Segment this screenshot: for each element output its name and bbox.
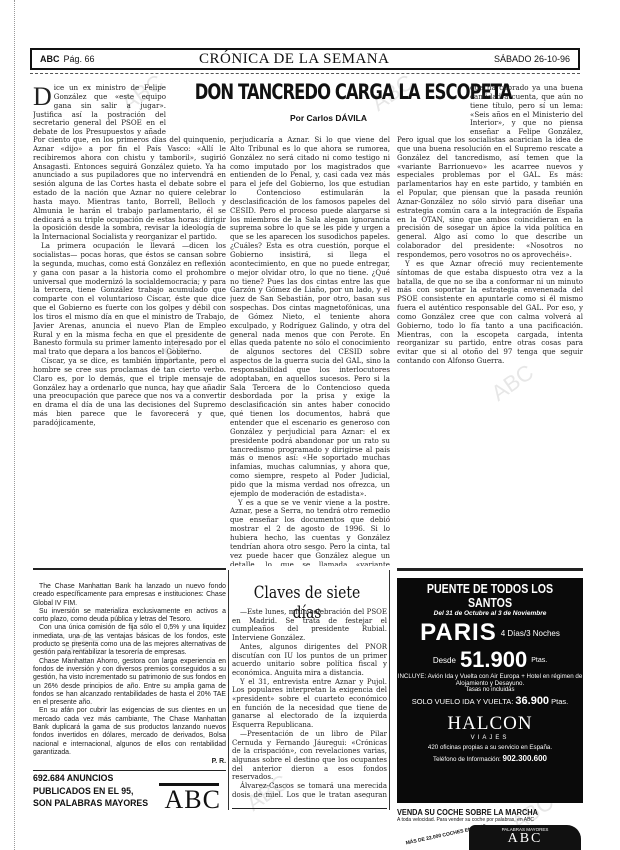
newspaper-page: ABC ABC ABC ABC ABC ABC ABC ABCPág. 66 C… [0,0,620,850]
car-illustration: PALABRAS MAYORES ABC [469,825,581,850]
ad-title: VENDA SU COCHE SOBRE LA MARCHA [397,808,568,817]
claves-column: —Este lunes, mitin-celebración del PSOE … [232,608,387,798]
article-column-2: perjudicaría a Aznar. Si lo que viene de… [230,136,390,566]
halcon-travel-ad: PUENTE DE TODOS LOS SANTOS Del 31 de Oct… [397,578,583,803]
article-lead: ice un ex ministro de Felipe González qu… [33,84,166,136]
chase-manhattan-note: The Chase Manhattan Bank ha lanzado un n… [33,583,226,767]
ad-title: PUENTE DE TODOS LOS SANTOS [411,582,569,610]
currency: Ptas. [551,697,568,706]
currency: Ptas. [531,657,547,664]
car-sales-ad: VENDA SU COCHE SOBRE LA MARCHA A toda ve… [397,808,583,848]
ad-offices: 420 oficinas propias a su servicio en Es… [397,744,583,752]
article-paragraph: Y es que Aznar ofreció muy recientemente… [397,260,583,366]
halcon-logo: HALCON [397,713,583,735]
ad-price: 51.900 [460,647,527,673]
ad-taxes: Tasas no incluidas [397,687,583,693]
note-paragraph: En su afán por cubrir las exigencias de … [33,707,226,757]
phone-number: 902.300.600 [503,754,548,763]
flight-only-label: SOLO VUELO IDA Y VUELTA: [412,697,514,706]
header-left: ABCPág. 66 [40,54,95,64]
claves-item: —Presentación de un libro de Pilar Cernu… [232,730,387,782]
section-title: CRÓNICA DE LA SEMANA [199,51,389,68]
section-rule [33,568,226,570]
ad-subtitle: A toda velocidad. Para vender su coche p… [397,817,583,823]
ad-duration: 4 Días/3 Noches [501,629,560,638]
issue-date: SÁBADO 26-10-96 [494,54,570,64]
article-paragraph: Pero igual que los socialistas acarician… [397,136,583,260]
abc-logo: ABC [165,787,221,813]
page-number: Pág. 66 [64,54,95,64]
ad-destination-row: PARIS 4 Días/3 Noches [397,619,583,647]
article-column-1-top: D ice un ex ministro de Felipe González … [33,84,166,136]
note-paragraph: Chase Manhattan Ahorro, gestora con larg… [33,658,226,708]
ad-price-row: Desde 51.900 Ptas. [397,647,583,673]
drop-cap: D [33,86,52,108]
abc-logo: ABC [469,832,581,846]
halcon-logo-sub: VIAJES [397,735,583,741]
claves-item: —Este lunes, mitin-celebración del PSOE … [232,608,387,643]
column-rule [389,570,390,810]
header-divider [30,73,580,74]
ad-includes: INCLUYE: Avión Ida y Vuelta con Air Euro… [397,673,583,687]
article-headline: DON TANCREDO CARGA LA ESCOPETA [195,80,371,104]
ad-rule [33,770,226,771]
article-paragraph: La primera ocupación le llevará —dicen l… [33,242,226,357]
note-paragraph: The Chase Manhattan Bank ha lanzado un n… [33,583,226,608]
article-paragraph: Y es a que se ve venir viene a la postre… [230,499,390,566]
article-column-3: Pero igual que los socialistas acarician… [397,136,583,566]
article-byline: Por Carlos DÁVILA [290,113,367,123]
article-paragraph: perjudicaría a Aznar. Si lo que viene de… [230,136,390,499]
paper-name: ABC [40,54,60,64]
claves-item: Y el 31, entrevista entre Aznar y Pujol.… [232,678,387,730]
article-paragraph: que ha cobrado ya una buena cantidad a c… [470,84,583,136]
claves-item: Antes, algunos dirigentes del PNOR discu… [232,643,387,678]
article-column-3-top: que ha cobrado ya una buena cantidad a c… [470,84,583,136]
phone-label: Teléfono de Información: [433,756,501,763]
ad-phone-row: Teléfono de Información: 902.300.600 [397,755,583,764]
section-rule [232,808,387,809]
column-rule [228,570,229,810]
claves-item: Álvarez-Cascos se tomará una merecida do… [232,782,387,798]
ad-dates: Del 31 de Octubre al 3 de Noviembre [397,610,583,617]
ad-flight-only: SOLO VUELO IDA Y VUELTA: 36.900 Ptas. [397,695,583,707]
article-paragraph: Císcar, ya se dice, es también important… [33,357,226,428]
article-paragraph: Por ciento que, en los primeros días del… [33,136,226,242]
note-paragraph: Con una única comisión de fija sólo el 0… [33,624,226,657]
abc-classifieds-ad: 692.684 ANUNCIOS PUBLICADOS EN EL 95, SO… [33,773,223,825]
article-column-1: Por ciento que, en los primeros días del… [33,136,226,566]
note-paragraph: Su inversión se materializa exclusivamen… [33,608,226,625]
scan-margin [2,0,15,850]
note-signature: P. R. [33,758,226,766]
price-prefix: Desde [433,656,456,665]
flight-only-price: 36.900 [515,695,549,707]
section-rule [397,568,583,571]
page-header: ABCPág. 66 CRÓNICA DE LA SEMANA SÁBADO 2… [30,48,580,70]
ad-destination: PARIS [420,619,497,647]
